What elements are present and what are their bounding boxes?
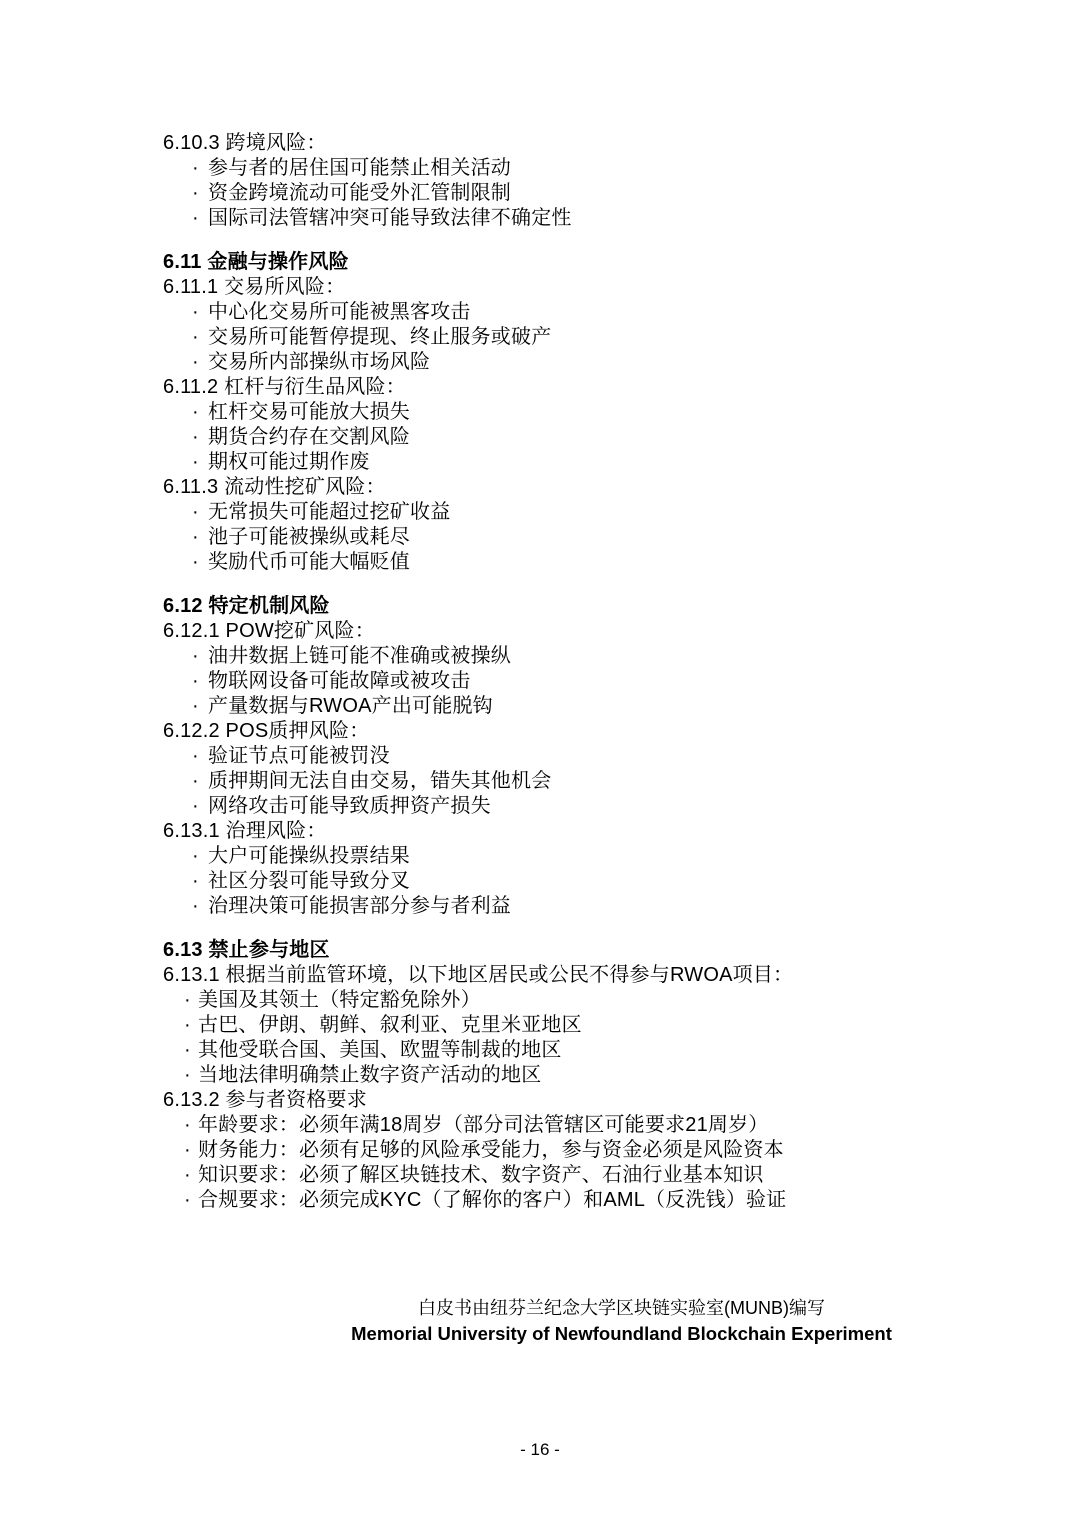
- bullet-list-item: ·古巴、伊朗、朝鲜、叙利亚、克里米亚地区: [163, 1013, 1070, 1038]
- numbered-clause-line: 6.13.1 根据当前监管环境，以下地区居民或公民不得参与RWOA项目：: [163, 963, 1070, 988]
- page-number: - 16 -: [0, 1439, 1080, 1461]
- bullet-item-text: 期权可能过期作废: [208, 451, 370, 473]
- bullet-list-item: ·网络攻击可能导致质押资产损失: [163, 794, 1070, 819]
- bullet-list-item: ·社区分裂可能导致分叉: [163, 869, 1070, 894]
- bullet-item-text: 交易所内部操纵市场风险: [208, 351, 430, 373]
- bullet-item-text: 网络攻击可能导致质押资产损失: [208, 795, 491, 817]
- bullet-list-item: ·合规要求：必须完成KYC（了解你的客户）和AML（反洗钱）验证: [163, 1188, 1070, 1213]
- bullet-marker-icon: ·: [184, 1188, 198, 1213]
- bullet-marker-icon: ·: [192, 300, 208, 325]
- bullet-item-text: 产量数据与RWOA产出可能脱钩: [208, 695, 493, 717]
- bullet-marker-icon: ·: [192, 500, 208, 525]
- bullet-marker-icon: ·: [192, 206, 208, 231]
- bullet-list-item: ·中心化交易所可能被黑客攻击: [163, 300, 1070, 325]
- bullet-item-text: 期货合约存在交割风险: [208, 426, 410, 448]
- bullet-item-text: 池子可能被操纵或耗尽: [208, 526, 410, 548]
- numbered-clause-line: 6.11.1 交易所风险：: [163, 275, 1070, 300]
- bullet-marker-icon: ·: [184, 1038, 198, 1063]
- bullet-marker-icon: ·: [192, 794, 208, 819]
- numbered-clause-line: 6.10.3 跨境风险：: [163, 131, 1070, 156]
- bullet-item-text: 资金跨境流动可能受外汇管制限制: [208, 182, 511, 204]
- bullet-marker-icon: ·: [192, 869, 208, 894]
- bullet-marker-icon: ·: [192, 550, 208, 575]
- numbered-clause-line: 6.12.2 POS质押风险：: [163, 719, 1070, 744]
- footer-attribution-zh: 白皮书由纽芬兰纪念大学区块链实验室(MUNB)编写: [163, 1296, 1080, 1321]
- bullet-list-item: ·验证节点可能被罚没: [163, 744, 1070, 769]
- bullet-list-item: ·期货合约存在交割风险: [163, 425, 1070, 450]
- bullet-marker-icon: ·: [184, 1138, 198, 1163]
- paragraph-gap: [163, 575, 1070, 594]
- bullet-list-item: ·油井数据上链可能不准确或被操纵: [163, 644, 1070, 669]
- numbered-clause-line: 6.11.3 流动性挖矿风险：: [163, 475, 1070, 500]
- bullet-marker-icon: ·: [192, 156, 208, 181]
- bullet-marker-icon: ·: [192, 450, 208, 475]
- bullet-item-text: 大户可能操纵投票结果: [208, 845, 410, 867]
- bullet-marker-icon: ·: [192, 350, 208, 375]
- bullet-marker-icon: ·: [192, 181, 208, 206]
- bullet-item-text: 杠杆交易可能放大损失: [208, 401, 410, 423]
- bullet-item-text: 其他受联合国、美国、欧盟等制裁的地区: [198, 1039, 562, 1061]
- bullet-marker-icon: ·: [184, 1113, 198, 1138]
- bullet-list-item: ·当地法律明确禁止数字资产活动的地区: [163, 1063, 1070, 1088]
- bullet-item-text: 古巴、伊朗、朝鲜、叙利亚、克里米亚地区: [198, 1014, 582, 1036]
- section-heading: 6.11 金融与操作风险: [163, 250, 1070, 275]
- bullet-marker-icon: ·: [184, 988, 198, 1013]
- bullet-item-text: 社区分裂可能导致分叉: [208, 870, 410, 892]
- bullet-item-text: 验证节点可能被罚没: [208, 745, 390, 767]
- bullet-item-text: 年龄要求：必须年满18周岁（部分司法管辖区可能要求21周岁）: [198, 1114, 769, 1136]
- bullet-list-item: ·知识要求：必须了解区块链技术、数字资产、石油行业基本知识: [163, 1163, 1070, 1188]
- bullet-marker-icon: ·: [192, 744, 208, 769]
- bullet-marker-icon: ·: [192, 894, 208, 919]
- bullet-item-text: 无常损失可能超过挖矿收益: [208, 501, 450, 523]
- numbered-clause-line: 6.11.2 杠杆与衍生品风险：: [163, 375, 1070, 400]
- bullet-marker-icon: ·: [192, 844, 208, 869]
- footer-attribution-en: Memorial University of Newfoundland Bloc…: [163, 1321, 1080, 1346]
- bullet-marker-icon: ·: [192, 644, 208, 669]
- paragraph-gap: [163, 231, 1070, 250]
- bullet-list-item: ·参与者的居住国可能禁止相关活动: [163, 156, 1070, 181]
- bullet-list-item: ·杠杆交易可能放大损失: [163, 400, 1070, 425]
- paragraph-gap: [163, 919, 1070, 938]
- bullet-item-text: 质押期间无法自由交易，错失其他机会: [208, 770, 551, 792]
- whitepaper-page: 6.10.3 跨境风险：·参与者的居住国可能禁止相关活动·资金跨境流动可能受外汇…: [0, 0, 1080, 1528]
- section-heading: 6.12 特定机制风险: [163, 594, 1070, 619]
- bullet-list-item: ·池子可能被操纵或耗尽: [163, 525, 1070, 550]
- bullet-marker-icon: ·: [184, 1063, 198, 1088]
- section-heading: 6.13 禁止参与地区: [163, 938, 1070, 963]
- bullet-list-item: ·其他受联合国、美国、欧盟等制裁的地区: [163, 1038, 1070, 1063]
- bullet-list-item: ·大户可能操纵投票结果: [163, 844, 1070, 869]
- bullet-marker-icon: ·: [192, 325, 208, 350]
- bullet-list-item: ·美国及其领土（特定豁免除外）: [163, 988, 1070, 1013]
- document-body: 6.10.3 跨境风险：·参与者的居住国可能禁止相关活动·资金跨境流动可能受外汇…: [163, 131, 1070, 1213]
- numbered-clause-line: 6.13.1 治理风险：: [163, 819, 1070, 844]
- bullet-marker-icon: ·: [192, 694, 208, 719]
- bullet-list-item: ·治理决策可能损害部分参与者利益: [163, 894, 1070, 919]
- numbered-clause-line: 6.12.1 POW挖矿风险：: [163, 619, 1070, 644]
- bullet-list-item: ·产量数据与RWOA产出可能脱钩: [163, 694, 1070, 719]
- bullet-marker-icon: ·: [184, 1163, 198, 1188]
- bullet-item-text: 知识要求：必须了解区块链技术、数字资产、石油行业基本知识: [198, 1164, 764, 1186]
- bullet-list-item: ·物联网设备可能故障或被攻击: [163, 669, 1070, 694]
- bullet-list-item: ·奖励代币可能大幅贬值: [163, 550, 1070, 575]
- bullet-item-text: 美国及其领土（特定豁免除外）: [198, 989, 481, 1011]
- bullet-list-item: ·期权可能过期作废: [163, 450, 1070, 475]
- bullet-marker-icon: ·: [192, 525, 208, 550]
- footer-attribution: 白皮书由纽芬兰纪念大学区块链实验室(MUNB)编写 Memorial Unive…: [163, 1296, 1080, 1346]
- bullet-item-text: 中心化交易所可能被黑客攻击: [208, 301, 471, 323]
- bullet-marker-icon: ·: [192, 400, 208, 425]
- bullet-list-item: ·财务能力：必须有足够的风险承受能力，参与资金必须是风险资本: [163, 1138, 1070, 1163]
- bullet-list-item: ·质押期间无法自由交易，错失其他机会: [163, 769, 1070, 794]
- bullet-list-item: ·无常损失可能超过挖矿收益: [163, 500, 1070, 525]
- bullet-list-item: ·年龄要求：必须年满18周岁（部分司法管辖区可能要求21周岁）: [163, 1113, 1070, 1138]
- bullet-item-text: 治理决策可能损害部分参与者利益: [208, 895, 511, 917]
- bullet-marker-icon: ·: [184, 1013, 198, 1038]
- bullet-item-text: 物联网设备可能故障或被攻击: [208, 670, 471, 692]
- bullet-item-text: 参与者的居住国可能禁止相关活动: [208, 157, 511, 179]
- bullet-item-text: 当地法律明确禁止数字资产活动的地区: [198, 1064, 541, 1086]
- bullet-item-text: 合规要求：必须完成KYC（了解你的客户）和AML（反洗钱）验证: [198, 1189, 786, 1211]
- bullet-marker-icon: ·: [192, 669, 208, 694]
- bullet-item-text: 交易所可能暂停提现、终止服务或破产: [208, 326, 551, 348]
- bullet-list-item: ·交易所内部操纵市场风险: [163, 350, 1070, 375]
- bullet-item-text: 油井数据上链可能不准确或被操纵: [208, 645, 511, 667]
- bullet-item-text: 奖励代币可能大幅贬值: [208, 551, 410, 573]
- bullet-list-item: ·国际司法管辖冲突可能导致法律不确定性: [163, 206, 1070, 231]
- bullet-item-text: 财务能力：必须有足够的风险承受能力，参与资金必须是风险资本: [198, 1139, 784, 1161]
- bullet-marker-icon: ·: [192, 769, 208, 794]
- numbered-clause-line: 6.13.2 参与者资格要求: [163, 1088, 1070, 1113]
- bullet-marker-icon: ·: [192, 425, 208, 450]
- bullet-item-text: 国际司法管辖冲突可能导致法律不确定性: [208, 207, 572, 229]
- bullet-list-item: ·交易所可能暂停提现、终止服务或破产: [163, 325, 1070, 350]
- bullet-list-item: ·资金跨境流动可能受外汇管制限制: [163, 181, 1070, 206]
